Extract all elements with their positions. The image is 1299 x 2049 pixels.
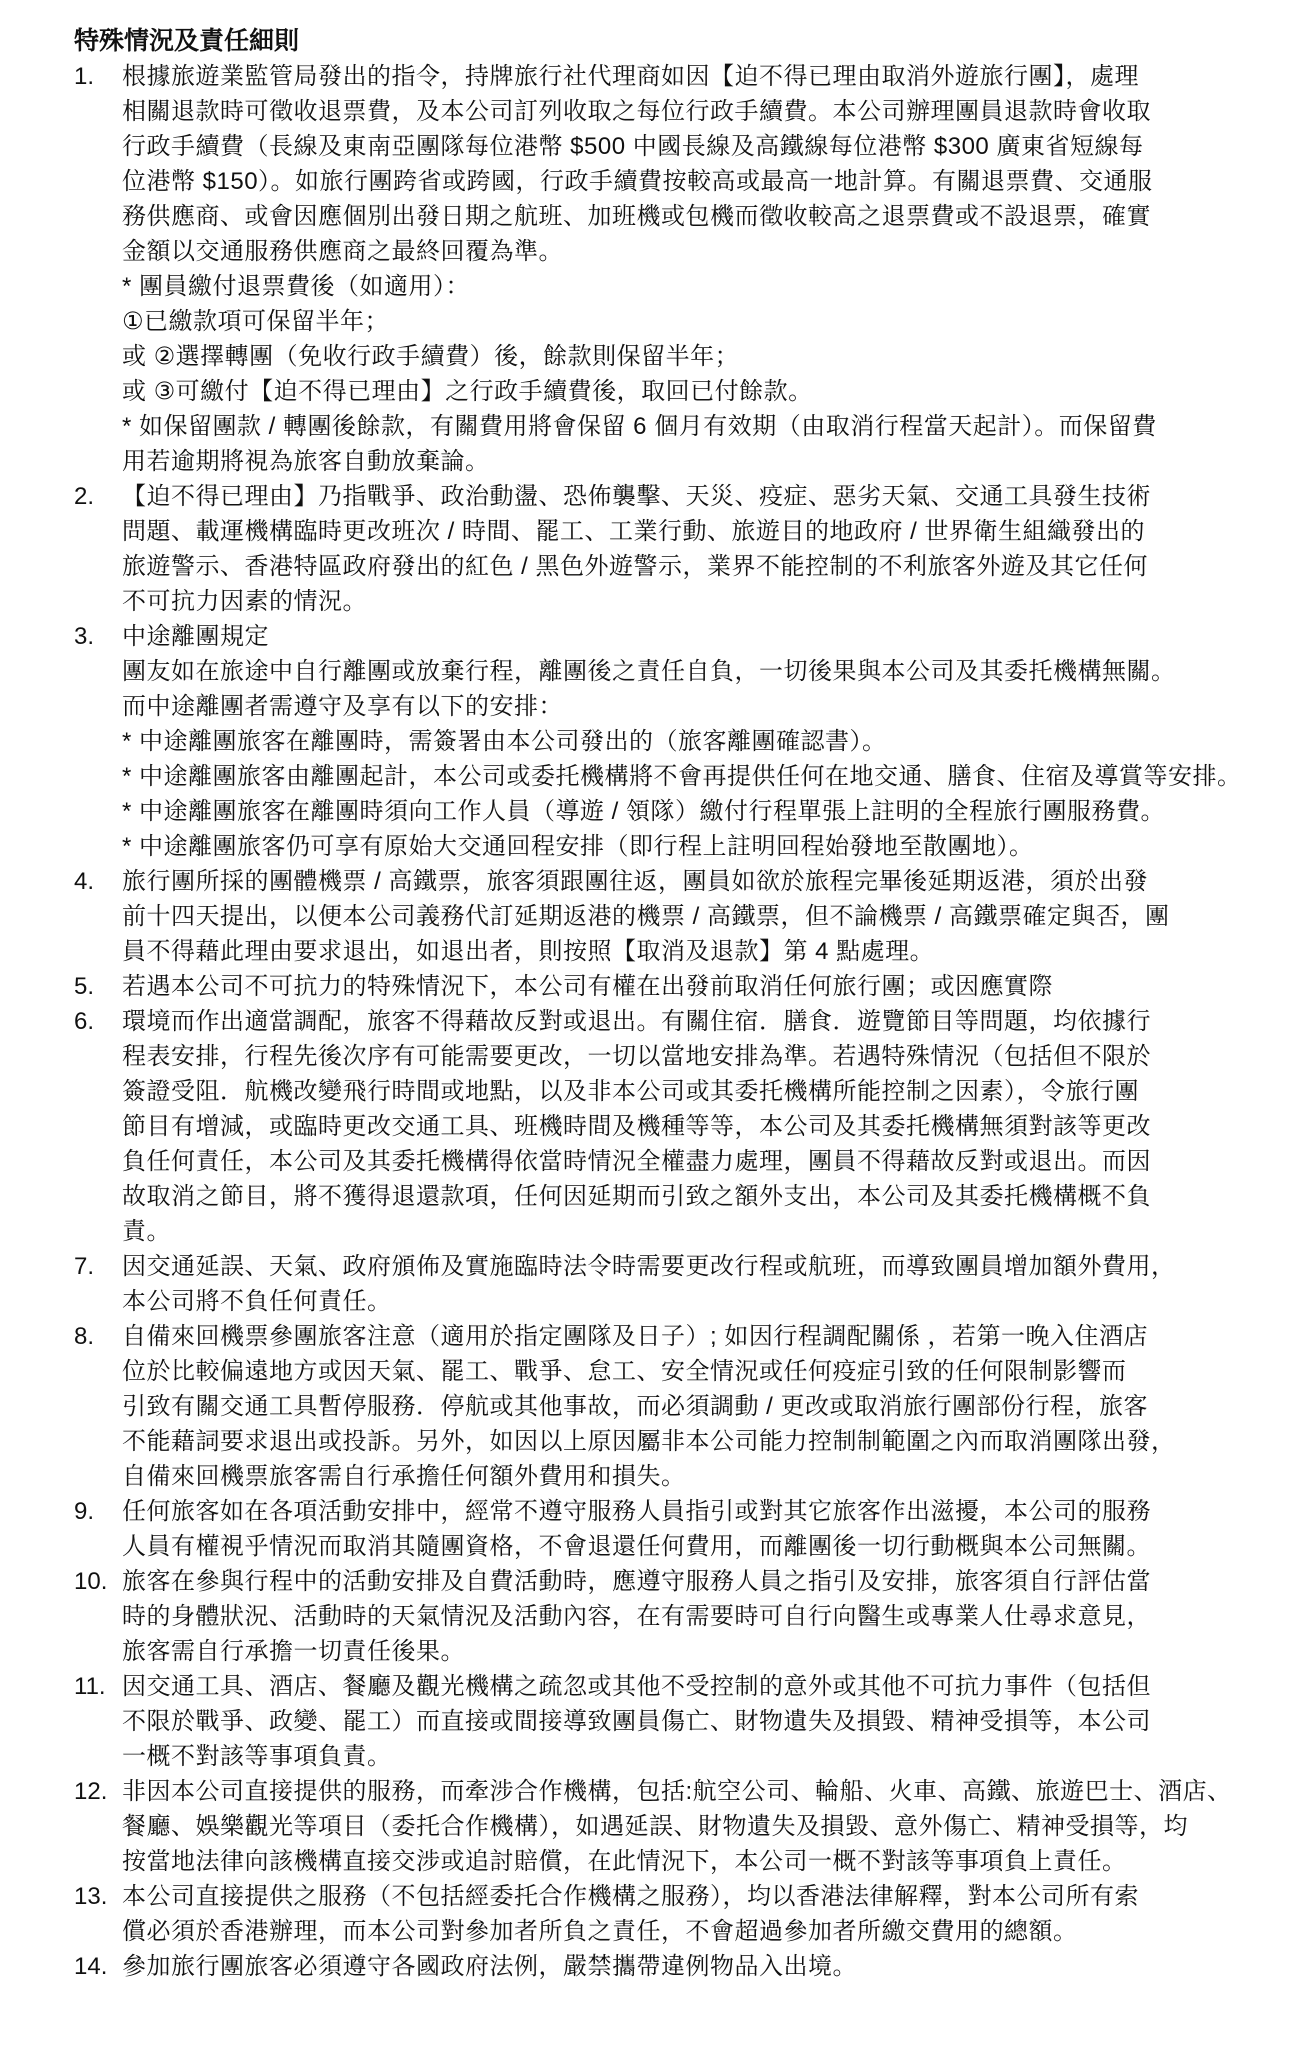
term-number: 5.	[74, 969, 122, 1004]
term-line: 不能藉詞要求退出或投訴。另外，如因以上原因屬非本公司能力控制制範圍之內而取消團隊…	[122, 1424, 1259, 1459]
term-number: 4.	[74, 864, 122, 899]
term-line: 問題、載運機構臨時更改班次 / 時間、罷工、工業行動、旅遊目的地政府 / 世界衛…	[122, 514, 1259, 549]
term-number: 11.	[74, 1669, 122, 1704]
term-line: 旅遊警示、香港特區政府發出的紅色 / 黑色外遊警示，業界不能控制的不利旅客外遊及…	[122, 549, 1259, 584]
term-number: 1.	[74, 59, 122, 94]
term-line: 自備來回機票旅客需自行承擔任何額外費用和損失。	[122, 1459, 1259, 1494]
term-text: 若遇本公司不可抗力的特殊情況下，本公司有權在出發前取消任何旅行團；或因應實際	[122, 969, 1259, 1004]
term-number: 10.	[74, 1564, 122, 1599]
term-line: 引致有關交通工具暫停服務．停航或其他事故，而必須調動 / 更改或取消旅行團部份行…	[122, 1389, 1259, 1424]
term-line: 節目有增減，或臨時更改交通工具、班機時間及機種等等，本公司及其委托機構無須對該等…	[122, 1109, 1259, 1144]
term-line: 負任何責任，本公司及其委托機構得依當時情況全權盡力處理，團員不得藉故反對或退出。…	[122, 1144, 1259, 1179]
term-line: 或 ②選擇轉團（免收行政手續費）後，餘款則保留半年；	[122, 339, 1259, 374]
term-text: 自備來回機票參團旅客注意（適用於指定團隊及日子）; 如因行程調配關係 ，若第一晚…	[122, 1319, 1259, 1494]
term-line: 金額以交通服務供應商之最終回覆為準。	[122, 234, 1259, 269]
term-line: 團友如在旅途中自行離團或放棄行程，離團後之責任自負，一切後果與本公司及其委托機構…	[122, 654, 1259, 689]
term-line: 不可抗力因素的情況。	[122, 584, 1259, 619]
term-line: 旅行團所採的團體機票 / 高鐵票，旅客須跟團往返，團員如欲於旅程完畢後延期返港，…	[122, 864, 1259, 899]
term-number: 9.	[74, 1494, 122, 1529]
page-title: 特殊情況及責任細則	[74, 24, 1259, 59]
term-text: 參加旅行團旅客必須遵守各國政府法例，嚴禁攜帶違例物品入出境。	[122, 1949, 1259, 1984]
term-line: 任何旅客如在各項活動安排中，經常不遵守服務人員指引或對其它旅客作出滋擾，本公司的…	[122, 1494, 1259, 1529]
term-line: 非因本公司直接提供的服務，而牽涉合作機構，包括:航空公司、輪船、火車、高鐵、旅遊…	[122, 1774, 1259, 1809]
term-line: * 中途離團旅客仍可享有原始大交通回程安排（即行程上註明回程始發地至散團地）。	[122, 829, 1259, 864]
term-text: 非因本公司直接提供的服務，而牽涉合作機構，包括:航空公司、輪船、火車、高鐵、旅遊…	[122, 1774, 1259, 1879]
term-line: 一概不對該等事項負責。	[122, 1739, 1259, 1774]
term-line: 位於比較偏遠地方或因天氣、罷工、戰爭、怠工、安全情況或任何疫症引致的任何限制影響…	[122, 1354, 1259, 1389]
term-item: 9.任何旅客如在各項活動安排中，經常不遵守服務人員指引或對其它旅客作出滋擾，本公…	[74, 1494, 1259, 1564]
term-number: 12.	[74, 1774, 122, 1809]
term-item: 3.中途離團規定團友如在旅途中自行離團或放棄行程，離團後之責任自負，一切後果與本…	[74, 619, 1259, 864]
term-text: 旅行團所採的團體機票 / 高鐵票，旅客須跟團往返，團員如欲於旅程完畢後延期返港，…	[122, 864, 1259, 969]
term-item: 7.因交通延誤、天氣、政府頒佈及實施臨時法令時需要更改行程或航班，而導致團員增加…	[74, 1249, 1259, 1319]
term-line: 環境而作出適當調配，旅客不得藉故反對或退出。有關住宿．膳食．遊覽節目等問題，均依…	[122, 1004, 1259, 1039]
term-line: * 中途離團旅客在離團時，需簽署由本公司發出的（旅客離團確認書）。	[122, 724, 1259, 759]
term-line: 責。	[122, 1214, 1259, 1249]
term-number: 3.	[74, 619, 122, 654]
term-line: 或 ③可繳付【迫不得已理由】之行政手續費後，取回已付餘款。	[122, 374, 1259, 409]
term-item: 12.非因本公司直接提供的服務，而牽涉合作機構，包括:航空公司、輪船、火車、高鐵…	[74, 1774, 1259, 1879]
term-item: 11.因交通工具、酒店、餐廳及觀光機構之疏忽或其他不受控制的意外或其他不可抗力事…	[74, 1669, 1259, 1774]
term-line: 因交通工具、酒店、餐廳及觀光機構之疏忽或其他不受控制的意外或其他不可抗力事件（包…	[122, 1669, 1259, 1704]
term-number: 7.	[74, 1249, 122, 1284]
term-line: 人員有權視乎情況而取消其隨團資格，不會退還任何費用，而離團後一切行動概與本公司無…	[122, 1529, 1259, 1564]
term-number: 8.	[74, 1319, 122, 1354]
term-line: * 中途離團旅客在離團時須向工作人員（導遊 / 領隊）繳付行程單張上註明的全程旅…	[122, 794, 1259, 829]
term-line: 參加旅行團旅客必須遵守各國政府法例，嚴禁攜帶違例物品入出境。	[122, 1949, 1259, 1984]
term-number: 2.	[74, 479, 122, 514]
term-item: 5.若遇本公司不可抗力的特殊情況下，本公司有權在出發前取消任何旅行團；或因應實際	[74, 969, 1259, 1004]
term-line: 餐廳、娛樂觀光等項目（委托合作機構），如遇延誤、財物遺失及損毀、意外傷亡、精神受…	[122, 1809, 1259, 1844]
term-text: 中途離團規定團友如在旅途中自行離團或放棄行程，離團後之責任自負，一切後果與本公司…	[122, 619, 1259, 864]
term-line: 員不得藉此理由要求退出，如退出者，則按照【取消及退款】第 4 點處理。	[122, 934, 1259, 969]
term-line: 因交通延誤、天氣、政府頒佈及實施臨時法令時需要更改行程或航班，而導致團員增加額外…	[122, 1249, 1259, 1284]
term-line: 務供應商、或會因應個別出發日期之航班、加班機或包機而徵收較高之退票費或不設退票，…	[122, 199, 1259, 234]
term-text: 因交通工具、酒店、餐廳及觀光機構之疏忽或其他不受控制的意外或其他不可抗力事件（包…	[122, 1669, 1259, 1774]
term-line: 位港幣 $150）。如旅行團跨省或跨國，行政手續費按較高或最高一地計算。有關退票…	[122, 164, 1259, 199]
term-text: 【迫不得已理由】乃指戰爭、政治動盪、恐佈襲擊、天災、疫症、惡劣天氣、交通工具發生…	[122, 479, 1259, 619]
term-text: 任何旅客如在各項活動安排中，經常不遵守服務人員指引或對其它旅客作出滋擾，本公司的…	[122, 1494, 1259, 1564]
term-item: 10.旅客在參與行程中的活動安排及自費活動時，應遵守服務人員之指引及安排，旅客須…	[74, 1564, 1259, 1669]
term-line: 相關退款時可徵收退票費，及本公司訂列收取之每位行政手續費。本公司辦理團員退款時會…	[122, 94, 1259, 129]
term-line: 旅客在參與行程中的活動安排及自費活動時，應遵守服務人員之指引及安排，旅客須自行評…	[122, 1564, 1259, 1599]
term-line: 簽證受阻．航機改變飛行時間或地點，以及非本公司或其委托機構所能控制之因素），令旅…	[122, 1074, 1259, 1109]
term-text: 環境而作出適當調配，旅客不得藉故反對或退出。有關住宿．膳食．遊覽節目等問題，均依…	[122, 1004, 1259, 1249]
term-item: 4.旅行團所採的團體機票 / 高鐵票，旅客須跟團往返，團員如欲於旅程完畢後延期返…	[74, 864, 1259, 969]
term-item: 1.根據旅遊業監管局發出的指令，持牌旅行社代理商如因【迫不得已理由取消外遊旅行團…	[74, 59, 1259, 479]
term-line: 按當地法律向該機構直接交涉或追討賠償，在此情況下，本公司一概不對該等事項負上責任…	[122, 1844, 1259, 1879]
terms-list: 1.根據旅遊業監管局發出的指令，持牌旅行社代理商如因【迫不得已理由取消外遊旅行團…	[74, 59, 1259, 1984]
term-line: 若遇本公司不可抗力的特殊情況下，本公司有權在出發前取消任何旅行團；或因應實際	[122, 969, 1259, 1004]
term-item: 14.參加旅行團旅客必須遵守各國政府法例，嚴禁攜帶違例物品入出境。	[74, 1949, 1259, 1984]
term-line: 自備來回機票參團旅客注意（適用於指定團隊及日子）; 如因行程調配關係 ，若第一晚…	[122, 1319, 1259, 1354]
term-line: 根據旅遊業監管局發出的指令，持牌旅行社代理商如因【迫不得已理由取消外遊旅行團】，…	[122, 59, 1259, 94]
term-line: * 如保留團款 / 轉團後餘款，有關費用將會保留 6 個月有效期（由取消行程當天…	[122, 409, 1259, 444]
term-line: ①已繳款項可保留半年；	[122, 304, 1259, 339]
terms-document-page: 特殊情況及責任細則 1.根據旅遊業監管局發出的指令，持牌旅行社代理商如因【迫不得…	[0, 0, 1299, 2049]
term-line: 行政手續費（長線及東南亞團隊每位港幣 $500 中國長線及高鐵線每位港幣 $30…	[122, 129, 1259, 164]
term-line: 本公司將不負任何責任。	[122, 1284, 1259, 1319]
term-line: * 團員繳付退票費後（如適用）：	[122, 269, 1259, 304]
term-text: 本公司直接提供之服務（不包括經委托合作機構之服務），均以香港法律解釋，對本公司所…	[122, 1879, 1259, 1949]
term-line: 【迫不得已理由】乃指戰爭、政治動盪、恐佈襲擊、天災、疫症、惡劣天氣、交通工具發生…	[122, 479, 1259, 514]
term-text: 因交通延誤、天氣、政府頒佈及實施臨時法令時需要更改行程或航班，而導致團員增加額外…	[122, 1249, 1259, 1319]
term-line: 故取消之節目，將不獲得退還款項，任何因延期而引致之額外支出，本公司及其委托機構概…	[122, 1179, 1259, 1214]
term-line: 償必須於香港辦理，而本公司對參加者所負之責任，不會超過參加者所繳交費用的總額。	[122, 1914, 1259, 1949]
term-text: 根據旅遊業監管局發出的指令，持牌旅行社代理商如因【迫不得已理由取消外遊旅行團】，…	[122, 59, 1259, 479]
term-number: 6.	[74, 1004, 122, 1039]
term-item: 8.自備來回機票參團旅客注意（適用於指定團隊及日子）; 如因行程調配關係 ，若第…	[74, 1319, 1259, 1494]
term-line: 前十四天提出，以便本公司義務代訂延期返港的機票 / 高鐵票，但不論機票 / 高鐵…	[122, 899, 1259, 934]
term-line: 時的身體狀況、活動時的天氣情況及活動內容，在有需要時可自行向醫生或專業人仕尋求意…	[122, 1599, 1259, 1634]
term-line: 本公司直接提供之服務（不包括經委托合作機構之服務），均以香港法律解釋，對本公司所…	[122, 1879, 1259, 1914]
term-line: 不限於戰爭、政變、罷工）而直接或間接導致團員傷亡、財物遺失及損毀、精神受損等，本…	[122, 1704, 1259, 1739]
term-line: 旅客需自行承擔一切責任後果。	[122, 1634, 1259, 1669]
term-line: 中途離團規定	[122, 619, 1259, 654]
term-line: 用若逾期將視為旅客自動放棄論。	[122, 444, 1259, 479]
term-line: * 中途離團旅客由離團起計，本公司或委托機構將不會再提供任何在地交通、膳食、住宿…	[122, 759, 1259, 794]
term-line: 程表安排，行程先後次序有可能需要更改，一切以當地安排為準。若遇特殊情況（包括但不…	[122, 1039, 1259, 1074]
term-item: 13.本公司直接提供之服務（不包括經委托合作機構之服務），均以香港法律解釋，對本…	[74, 1879, 1259, 1949]
term-item: 2.【迫不得已理由】乃指戰爭、政治動盪、恐佈襲擊、天災、疫症、惡劣天氣、交通工具…	[74, 479, 1259, 619]
term-number: 14.	[74, 1949, 122, 1984]
term-item: 6.環境而作出適當調配，旅客不得藉故反對或退出。有關住宿．膳食．遊覽節目等問題，…	[74, 1004, 1259, 1249]
term-text: 旅客在參與行程中的活動安排及自費活動時，應遵守服務人員之指引及安排，旅客須自行評…	[122, 1564, 1259, 1669]
term-line: 而中途離團者需遵守及享有以下的安排：	[122, 689, 1259, 724]
term-number: 13.	[74, 1879, 122, 1914]
